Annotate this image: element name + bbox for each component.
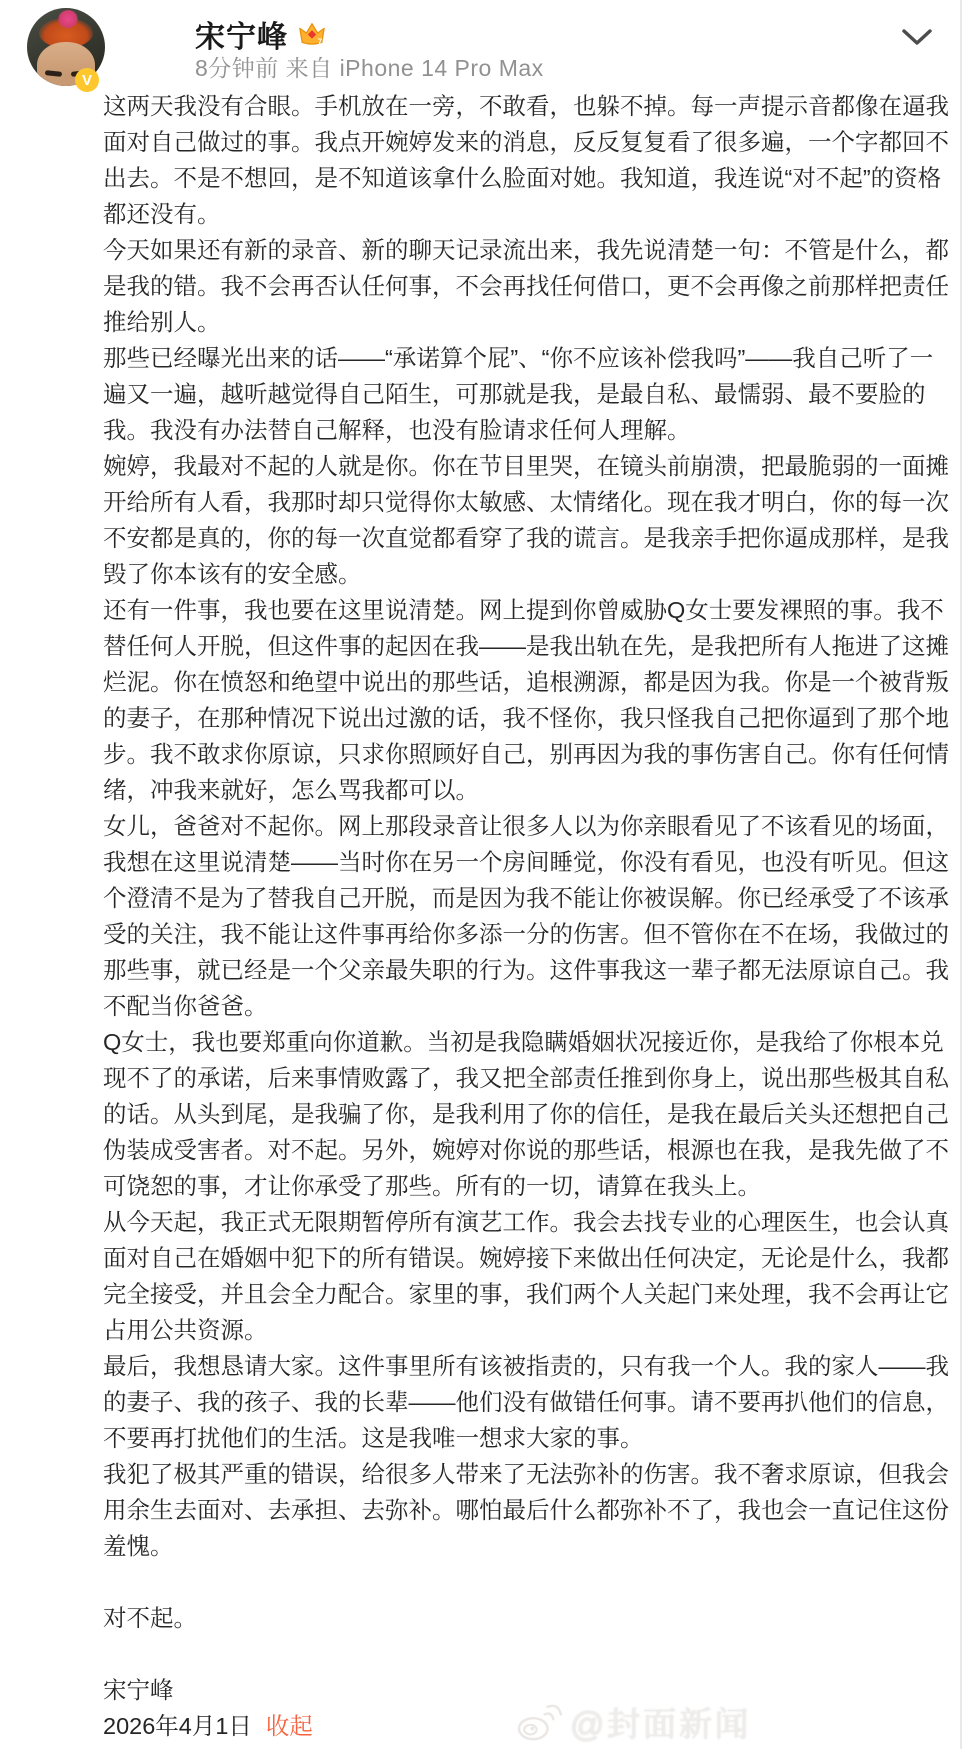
post-paragraph: 女儿，爸爸对不起你。网上那段录音让很多人以为你亲眼看见了不该看见的场面，我想在这… [103, 808, 951, 1024]
watermark: @封面新闻 [516, 1697, 751, 1746]
post-paragraph: 从今天起，我正式无限期暂停所有演艺工作。我会去找专业的心理医生，也会认真面对自己… [103, 1204, 951, 1348]
post-body: 这两天我没有合眼。手机放在一旁，不敢看，也躲不掉。每一声提示音都像在逼我面对自己… [103, 88, 951, 1744]
post-paragraph: 那些已经曝光出来的话——“承诺算个屁”、“你不应该补偿我吗”——我自己听了一遍又… [103, 340, 951, 448]
scrollbar-track[interactable] [960, 0, 962, 1749]
post-paragraph: 婉婷，我最对不起的人就是你。你在节目里哭，在镜头前崩溃，把最脆弱的一面摊开给所有… [103, 448, 951, 592]
vip-crown-icon: 7 [297, 20, 327, 48]
post-paragraph: 还有一件事，我也要在这里说清楚。网上提到你曾威胁Q女士要发裸照的事。我不替任何人… [103, 592, 951, 808]
post-date: 2026年4月1日 [103, 1713, 252, 1739]
verified-badge-icon: V [75, 68, 99, 92]
collapse-link[interactable]: 收起 [266, 1713, 313, 1739]
post-paragraph: 这两天我没有合眼。手机放在一旁，不敢看，也躲不掉。每一声提示音都像在逼我面对自己… [103, 88, 951, 232]
weibo-logo-icon [516, 1702, 562, 1742]
post-paragraph: 今天如果还有新的录音、新的聊天记录流出来，我先说清楚一句：不管是什么，都是我的错… [103, 232, 951, 340]
chevron-down-icon[interactable] [899, 26, 935, 48]
watermark-text: @封面新闻 [570, 1697, 751, 1746]
svg-text:7: 7 [318, 37, 323, 47]
post-paragraph: 最后，我想恳请大家。这件事里所有该被指责的，只有我一个人。我的家人——我的妻子、… [103, 1348, 951, 1456]
post-paragraph: Q女士，我也要郑重向你道歉。当初是我隐瞒婚姻状况接近你，是我给了你根本兑现不了的… [103, 1024, 951, 1204]
weibo-post-card: V 宋宁峰 7 8分钟前 来自 iPhone 14 Pro Max 这两天我没有… [0, 0, 963, 1749]
post-paragraph-apology: 对不起。 [103, 1600, 951, 1636]
post-paragraph: 我犯了极其严重的错误，给很多人带来了无法弥补的伤害。我不奢求原谅，但我会用余生去… [103, 1456, 951, 1564]
post-meta: 8分钟前 来自 iPhone 14 Pro Max [195, 50, 544, 83]
